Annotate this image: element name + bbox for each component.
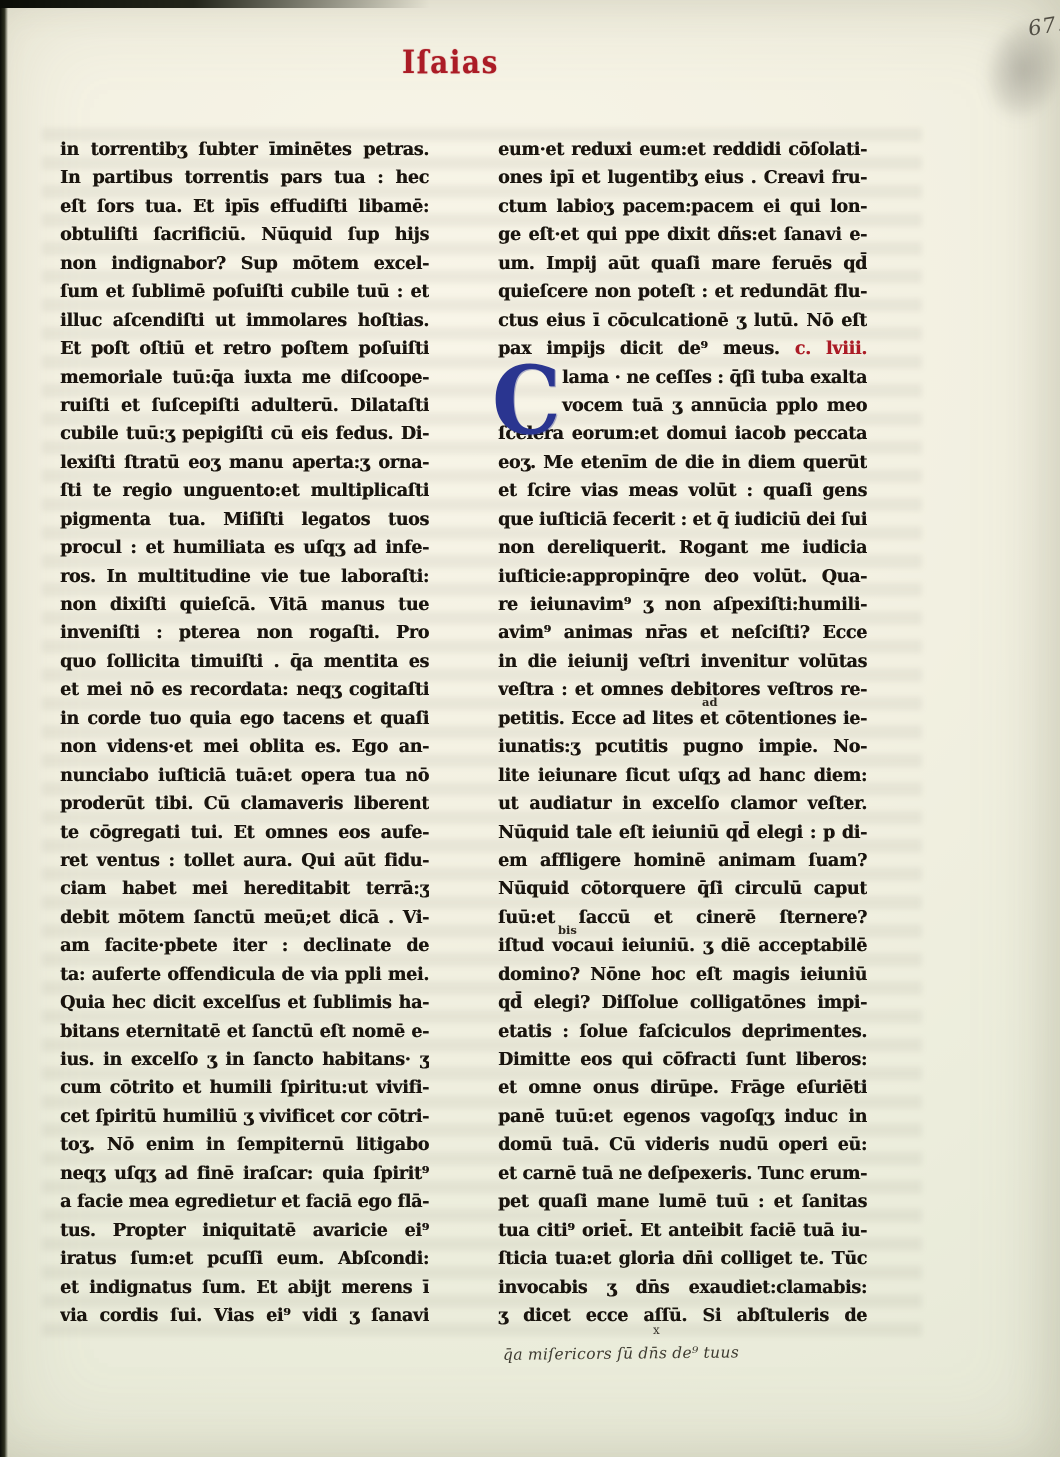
- text-line: illuc aſcendiſti ut immolares hoſtias.: [60, 307, 429, 335]
- text-line: et carnē tuā ne deſpexeris. Tunc erum-: [498, 1160, 867, 1188]
- text-line: tua citi⁹ oriet̄. Et anteibit faciē tuā …: [498, 1217, 867, 1245]
- text-line: panē tuū:et egenos vagoſqʒ induc in: [498, 1103, 867, 1131]
- text-line: Dimitte eos qui cōfracti ſunt liberos:: [498, 1046, 867, 1074]
- text-line: cubile tuū:ʒ pepigiſti cū eis fedus. Di-: [60, 420, 429, 448]
- handwritten-marginalia: q̄a miſericors ſū dn̄s de⁹ tuus: [503, 1337, 867, 1369]
- text-line: in torrentibʒ ſubter īminētes petras.: [60, 136, 429, 164]
- text-line: non indignabor? Sup mōtem excel-: [60, 250, 429, 278]
- scan-edge-top: [0, 0, 430, 8]
- text-line: ſuū:et ſaccū et cinerē ſternere? Nūquid: [498, 904, 867, 932]
- text-line: in die ieiunij veſtri invenitur volūtas: [498, 648, 867, 676]
- text-line: Nūquid cōtorquere q̄ſi circulū caput: [498, 875, 867, 903]
- text-line: toʒ. Nō enim in ſempiternū litigabo: [60, 1131, 429, 1159]
- left-text-column: in torrentibʒ ſubter īminētes petras.In …: [60, 136, 429, 1330]
- left-column-lines: in torrentibʒ ſubter īminētes petras.In …: [60, 136, 429, 1330]
- text-line: et ſcire vias meas volūt : quaſi gens: [498, 477, 867, 505]
- text-line: inveniſti : pterea non rogaſti. Pro: [60, 619, 429, 647]
- text-line: veſtra : et omnes debitores veſtros re-: [498, 676, 867, 704]
- text-line: cet ſpiritū humiliū ʒ vivificet cor cōtr…: [60, 1103, 429, 1131]
- text-line: domino? Nōne hoc eſt magis ieiuniū: [498, 961, 867, 989]
- right-text-column: eum·et reduxi eum:et reddidi cōſolati-on…: [498, 136, 867, 1368]
- text-line: Nūquid tale eſt ieiuniū qd̄ elegi : p di…: [498, 819, 867, 847]
- text-line: etatis : ſolue faſciculos deprimentes.: [498, 1018, 867, 1046]
- text-line: lite ieiunare ſicut uſqʒ ad hanc diem:: [498, 762, 867, 790]
- text-line: iuſticie:appropinq̄re deo volūt. Qua-: [498, 563, 867, 591]
- right-column-lines-c: ſcelera eorum:et domui iacob peccataeoʒ.…: [498, 420, 867, 1330]
- interlinear-correction: ad: [702, 688, 718, 716]
- interlinear-correction: bis: [558, 916, 577, 944]
- text-line: et omne onus dirūpe. Frāge eſuriēti: [498, 1074, 867, 1102]
- text-line: ge eſt·et qui ppe dixit dñs:et ſanavi e-: [498, 221, 867, 249]
- text-line: um. Impij aūt quaſi mare feruēs qd̄: [498, 250, 867, 278]
- text-line: non dixiſti quieſcā. Vitā manus tue: [60, 591, 429, 619]
- text-line: proderūt tibi. Cū clamaveris liberent: [60, 790, 429, 818]
- text-line: et mei nō es recordata: neqʒ cogitaſti: [60, 676, 429, 704]
- text-line: neqʒ uſqʒ ad finē iraſcar: quia ſpirit⁹: [60, 1160, 429, 1188]
- text-line: ctus eius ī cōculcationē ʒ lutū. Nō eſt: [498, 307, 867, 335]
- text-line: eſt ſors tua. Et ipīs effudiſti libamē:: [60, 193, 429, 221]
- text-line: in corde tuo quia ego tacens et quaſi: [60, 705, 429, 733]
- text-line: non dereliquerit. Rogant me iudicia: [498, 534, 867, 562]
- text-line: ciam habet mei hereditabit terrā:ʒ poſſi…: [60, 875, 429, 903]
- text-line: te cōgregati tui. Et omnes eos aufe-: [60, 819, 429, 847]
- text-line: lexiſti ſtratū eoʒ manu aperta:ʒ orna-: [60, 449, 429, 477]
- text-line: nunciabo iuſticiā tuā:et opera tua nō: [60, 762, 429, 790]
- scan-edge-left: [0, 0, 8, 1457]
- text-line: ctum labioʒ pacem:pacem ei qui lon-: [498, 193, 867, 221]
- text-line: Et poſt oſtiū et retro poſtem poſuiſti: [60, 335, 429, 363]
- text-line: Quia hec dicit excelſus et ſublimis ha-: [60, 989, 429, 1017]
- text-line: que iuſticiā fecerit : et q̄ iudiciū dei…: [498, 506, 867, 534]
- text-line: pigmenta tua. Miſiſti legatos tuos: [60, 506, 429, 534]
- text-line: petitis. Ecce ad lites et cōtentiones ie…: [498, 705, 867, 733]
- text-line: domū tuā. Cū videris nudū operi eū:: [498, 1131, 867, 1159]
- text-line: iratus ſum:et pcuſſi eum. Abſcondi:: [60, 1245, 429, 1273]
- text-line: ruiſti et ſuſcepiſti adulterū. Dilataſti: [60, 392, 429, 420]
- text-line: via cordis ſui. Vias ei⁹ vidi ʒ ſanavi: [60, 1302, 429, 1330]
- right-column-lines-a: eum·et reduxi eum:et reddidi cōſolati-on…: [498, 136, 867, 335]
- running-title: Iſaias: [402, 44, 499, 81]
- drop-cap-block: C lama · ne ceſſes : q̄ſi tuba exaltavoc…: [498, 364, 867, 421]
- folio-number: 67.: [1026, 11, 1060, 40]
- text-line: ut audiatur in excelſo clamor veſter.: [498, 790, 867, 818]
- text-line: ta: auferte offendicula de via ppli mei.: [60, 961, 429, 989]
- text-line: debit mōtem ſanctū meū;et dicā . Vi-: [60, 904, 429, 932]
- text-line: re ieiunavim⁹ ʒ non aſpexiſti:humili-: [498, 591, 867, 619]
- text-line: ros. In multitudine vie tue laboraſti:: [60, 563, 429, 591]
- text-line: cum cōtrito et humili ſpiritu:ut vivifi-: [60, 1074, 429, 1102]
- text-line: memoriale tuū:q̄a iuxta me diſcoope-: [60, 364, 429, 392]
- text-line: quo ſollicita timuiſti . q̄a mentita es: [60, 648, 429, 676]
- text-line: non videns·et mei oblita es. Ego an-: [60, 733, 429, 761]
- illuminated-initial: C: [492, 354, 556, 448]
- text-line: ſticia tua:et gloria dn̄i colliget te. T…: [498, 1245, 867, 1273]
- text-line: pet quaſi mane lumē tuū : et ſanitas: [498, 1188, 867, 1216]
- text-line: avim⁹ animas nr̄as et neſciſti? Ecce: [498, 619, 867, 647]
- text-line: bitans eternitatē et ſanctū eſt nomē e-: [60, 1018, 429, 1046]
- text-line: invocabis ʒ dn̄s exaudiet:clamabis:: [498, 1274, 867, 1302]
- text-line: tus. Propter iniquitatē avaricie ei⁹: [60, 1217, 429, 1245]
- text-line: ret ventus : tollet aura. Qui aūt fidu-: [60, 847, 429, 875]
- text-line: iunatis:ʒ pcutitis pugno impie. No-: [498, 733, 867, 761]
- text-line: obtuliſti ſacrificiū. Nūquid ſup hijs: [60, 221, 429, 249]
- text-line: quieſcere non poteſt : et redundāt flu-: [498, 278, 867, 306]
- text-line: am facite·pbete iter : declinate de ſemi…: [60, 932, 429, 960]
- text-line: qd̄ elegi? Diſſolue colligatōnes impi-: [498, 989, 867, 1017]
- text-line: et indignatus ſum. Et abijt merens ī: [60, 1274, 429, 1302]
- text-line: eum·et reduxi eum:et reddidi cōſolati-: [498, 136, 867, 164]
- text-line: a facie mea egredietur et faciā ego flā-: [60, 1188, 429, 1216]
- scanned-bible-page: Iſaias 67. in torrentibʒ ſubter īminētes…: [0, 0, 1060, 1457]
- text-line: ſti te regio unguento:et multiplicaſti: [60, 477, 429, 505]
- text-line: iſtud vocaui ieiuniū. ʒ diē acceptabilē: [498, 932, 867, 960]
- text-line: In partibus torrentis pars tua : hec: [60, 164, 429, 192]
- text-line: ones ipī et lugentibʒ eius . Creavi fru-: [498, 164, 867, 192]
- text-line: em affligere hominē animam ſuam?: [498, 847, 867, 875]
- text-line: procul : et humiliata es uſqʒ ad infe-: [60, 534, 429, 562]
- text-line: ʒ dicet ecce aſſū. Si abſtuleris de medi…: [498, 1302, 867, 1330]
- chapter-marker: c. lviii.: [795, 339, 867, 359]
- text-line: ſum et ſublimē poſuiſti cubile tuū : et: [60, 278, 429, 306]
- text-line: ius. in excelſo ʒ in ſancto habitans· ʒ: [60, 1046, 429, 1074]
